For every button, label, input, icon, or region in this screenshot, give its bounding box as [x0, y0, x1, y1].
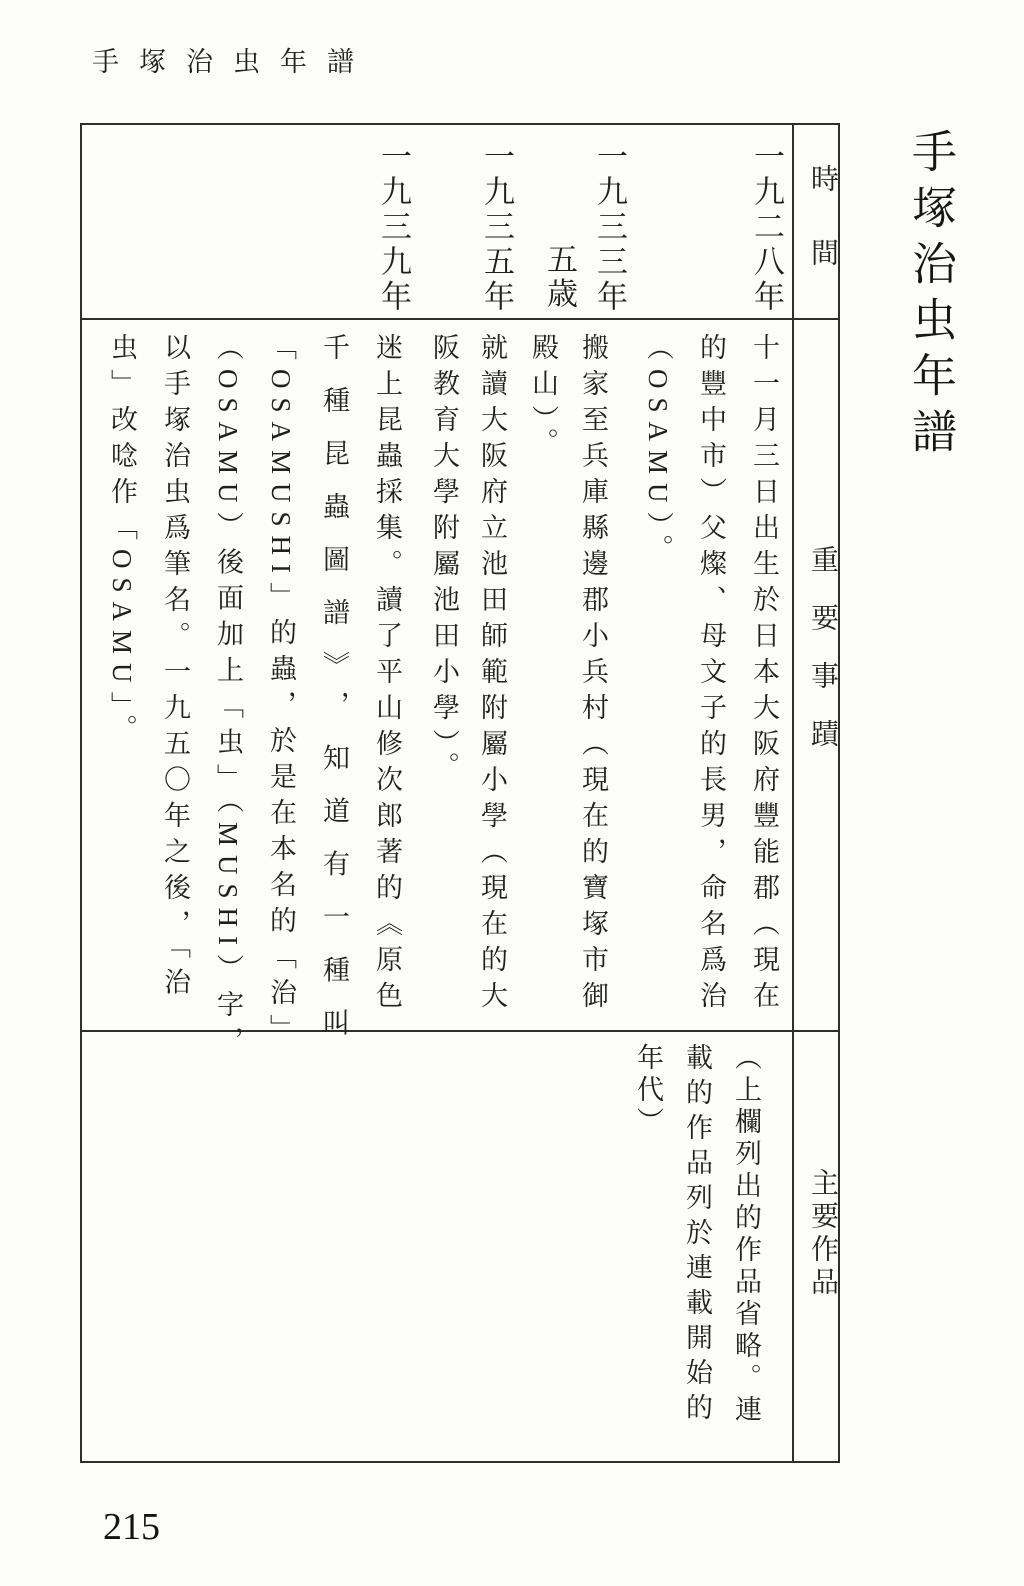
event-text-line: 以手塚治虫爲筆名。一九五〇年之後，「治 — [148, 333, 201, 1062]
event-text-line: 迷上昆蟲採集。讀了平山修次郎著的《原色 — [360, 333, 413, 1062]
event-text-line: 殿山）。 — [518, 333, 568, 1017]
header-column-divider — [792, 125, 794, 1461]
event-text-line: 十一月三日出生於日本大阪府豐能郡（現在 — [737, 333, 790, 1017]
event-text-line: 就讀大阪府立池田師範附屬小學（現在的大 — [468, 333, 516, 1017]
event-text-line: 虫」改唸作「OSAMU」。 — [95, 333, 148, 1062]
event-text-line: 千種昆蟲圖譜》，知道有一種叫 — [307, 333, 360, 1062]
chronology-table: 時間 重要事蹟 主要作品 一九二八年 一九三三年 五歳 一九三五年 一九三九年 … — [80, 123, 840, 1463]
event-text-line: （OSAMU）後面加上「虫」（MUSHI）字， — [201, 333, 254, 1062]
page-number: 215 — [103, 1505, 160, 1549]
event-text-line: 的豐中市）父燦、母文子的長男，命名爲治 — [684, 333, 737, 1017]
year-label-1928: 一九二八年 — [744, 140, 789, 315]
book-page: 手塚治虫年譜 手塚治虫年譜 時間 重要事蹟 主要作品 一九二八年 一九三三年 五… — [0, 0, 1024, 1586]
running-header: 手塚治虫年譜 — [92, 40, 374, 79]
work-text-line: （上欄列出的作品省略。連 — [721, 1043, 770, 1428]
column-header-events: 重要事蹟 — [802, 545, 842, 777]
work-text-line: 載的作品列於連載開始的 — [672, 1043, 721, 1428]
works-entry-1928: （上欄列出的作品省略。連 載的作品列於連載開始的 年代） — [623, 1043, 770, 1428]
work-text-line: 年代） — [623, 1043, 672, 1428]
events-entry-1935: 就讀大阪府立池田師範附屬小學（現在的大 阪教育大學附屬池田小學）。 — [420, 333, 516, 1017]
year-label-1935: 一九三五年 — [474, 140, 519, 315]
events-entry-1939: 迷上昆蟲採集。讀了平山修次郎著的《原色 千種昆蟲圖譜》，知道有一種叫 「OSAM… — [95, 333, 413, 1062]
event-text-line: 搬家至兵庫縣邊郡小兵村（現在的寶塚市御 — [568, 333, 618, 1017]
events-entry-1933: 搬家至兵庫縣邊郡小兵村（現在的寶塚市御 殿山）。 — [518, 333, 618, 1017]
divider-time-events — [82, 318, 838, 320]
event-text-line: （OSAMU）。 — [631, 333, 684, 1017]
column-header-time: 時間 — [802, 164, 842, 312]
event-text-line: 阪教育大學附屬池田小學）。 — [420, 333, 468, 1017]
year-label-1939: 一九三九年 — [371, 140, 416, 315]
event-text-line: 「OSAMUSHI」的蟲，於是在本名的「治」 — [254, 333, 307, 1062]
year-label-1933: 一九三三年 — [587, 140, 632, 315]
column-header-works: 主要作品 — [802, 1168, 842, 1300]
events-entry-1928: 十一月三日出生於日本大阪府豐能郡（現在 的豐中市）父燦、母文子的長男，命名爲治 … — [631, 333, 790, 1017]
side-title: 手塚治虫年譜 — [898, 128, 963, 464]
age-label-1933: 五歳 — [537, 243, 582, 311]
